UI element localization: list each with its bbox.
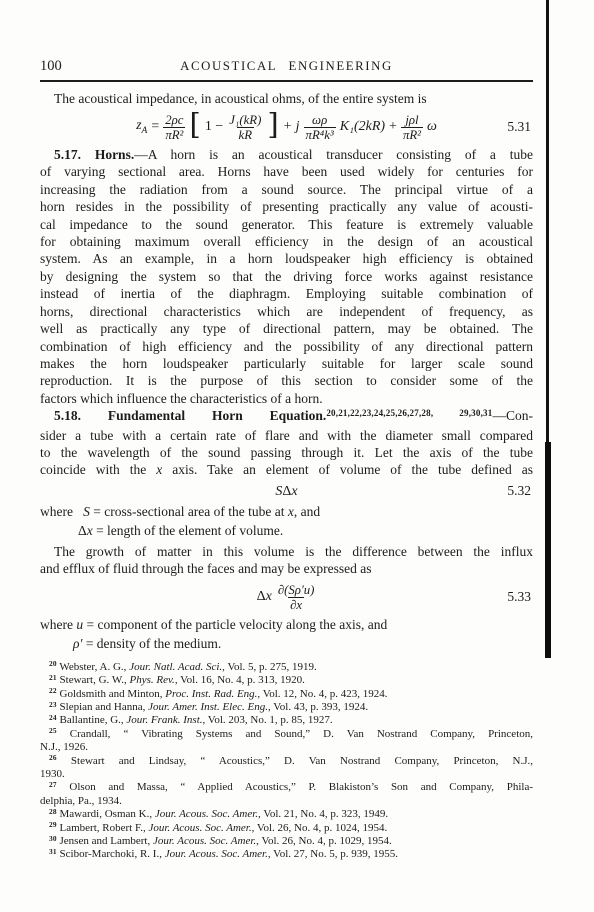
text-line: where u = component of the particle velo… [40, 615, 533, 634]
equation-5-32: SΔx 5.32 [40, 483, 533, 500]
equation-number: 5.31 [507, 119, 531, 135]
text-line: coincide with the x axis. Take an elemen… [40, 461, 533, 478]
equation-body: SΔx [275, 484, 297, 500]
right-bracket: ] [267, 112, 278, 142]
scan-binding-artifact [546, 0, 549, 442]
intro-line: The acoustical impedance, in acoustical … [40, 90, 533, 107]
text-line: ρ′ = density of the medium. [40, 634, 533, 653]
bessel-term: K₁(2kR) [340, 119, 385, 135]
text-line: well as practically any type of directio… [40, 320, 533, 337]
footnote-line: 28 Mawardi, Osman K., Jour. Acous. Soc. … [40, 808, 533, 821]
text-line: 5.17. Horns.—A horn is an acoustical tra… [40, 146, 533, 163]
page-number: 100 [40, 58, 62, 74]
fraction: jρlπR² [401, 113, 423, 142]
footnote-line: delphia, Pa., 1934. [40, 795, 533, 808]
equals-sign: = [151, 119, 159, 135]
running-head: 100 ACOUSTICAL ENGINEERING [40, 58, 533, 82]
footnotes: 20 Webster, A. G., Jour. Natl. Acad. Sci… [40, 661, 533, 862]
text-line: horn resides in the possibility of prese… [40, 198, 533, 215]
footnote-line: 26 Stewart and Lindsay, “ Acoustics,” D.… [40, 755, 533, 768]
text-line: The growth of matter in this volume is t… [40, 543, 533, 560]
left-bracket: [ [189, 112, 200, 142]
text-line: system. As an example, in a horn loudspe… [40, 250, 533, 267]
equation-5-33: Δx ∂(Sρ′u)∂x 5.33 [40, 583, 533, 612]
text-line: by designing the system so that the driv… [40, 268, 533, 285]
equation-number: 5.32 [507, 483, 531, 499]
footnote-line: 24 Ballantine, G., Jour. Frank. Inst., V… [40, 714, 533, 727]
fraction: J₁(kR)kR [227, 113, 263, 142]
footnote-line: 1930. [40, 768, 533, 781]
where-clause-1: where S = cross-sectional area of the tu… [40, 502, 533, 540]
text-line: factors which influence the characterist… [40, 390, 533, 407]
growth-paragraph: The growth of matter in this volume is t… [40, 543, 533, 578]
footnote-line: 23 Slepian and Hanna, Jour. Amer. Inst. … [40, 701, 533, 714]
text-line: for obtaining maximum overall efficiency… [40, 233, 533, 250]
where-clause-2: where u = component of the particle velo… [40, 615, 533, 653]
footnote-line: 30 Jensen and Lambert, Jour. Acous. Soc.… [40, 835, 533, 848]
scan-binding-artifact [545, 442, 551, 658]
text-line: reproduction. It is the purpose of this … [40, 372, 533, 389]
section-5-18: 5.18. Fundamental Horn Equation.20,21,22… [40, 407, 533, 479]
footnote-line: 27 Olson and Massa, “ Applied Acoustics,… [40, 781, 533, 794]
section-5-17: 5.17. Horns.—A horn is an acoustical tra… [40, 146, 533, 407]
scanned-book-page: 100 ACOUSTICAL ENGINEERING The acoustica… [0, 0, 594, 912]
text-line: cal impedance to the sound generator. Th… [40, 216, 533, 233]
text-line: to the wavelength of the sound passing t… [40, 444, 533, 461]
text-line: combination of high efficiency and the p… [40, 338, 533, 355]
text-line: horns, directional characteristics which… [40, 303, 533, 320]
text-line: 5.18. Fundamental Horn Equation.20,21,22… [40, 407, 533, 426]
text-line: Δx = length of the element of volume. [40, 521, 533, 540]
footnote-line: N.J., 1926. [40, 741, 533, 754]
text-line: of varying sectional area. Horns have be… [40, 163, 533, 180]
page-content: 100 ACOUSTICAL ENGINEERING The acoustica… [40, 0, 533, 862]
fraction: ωρπR⁴k³ [304, 113, 336, 142]
fraction: 2ρcπR² [163, 113, 185, 142]
footnote-line: 25 Crandall, “ Vibrating Systems and Sou… [40, 728, 533, 741]
equation-body: Δx ∂(Sρ′u)∂x [257, 583, 317, 612]
footnote-line: 22 Goldsmith and Minton, Proc. Inst. Rad… [40, 688, 533, 701]
equation-5-31: zA = 2ρcπR² [ 1 − J₁(kR)kR ] + j ωρπR⁴k³… [40, 112, 533, 142]
footnote-line: 31 Scibor-Marchoki, R. I., Jour. Acous. … [40, 848, 533, 861]
text-line: instead of inertia of the diaphragm. Emp… [40, 285, 533, 302]
footnote-line: 20 Webster, A. G., Jour. Natl. Acad. Sci… [40, 661, 533, 674]
text-line: sider a tube with a certain rate of flar… [40, 427, 533, 444]
text-line: and efflux of fluid through the faces an… [40, 560, 533, 577]
text-line: where S = cross-sectional area of the tu… [40, 502, 533, 521]
text-line: makes the horn loudspeaker particularly … [40, 355, 533, 372]
equation-number: 5.33 [507, 589, 531, 605]
text-line: increasing the radiation from a sound so… [40, 181, 533, 198]
footnote-line: 21 Stewart, G. W., Phys. Rev., Vol. 16, … [40, 674, 533, 687]
footnote-line: 29 Lambert, Robert F., Jour. Acous. Soc.… [40, 822, 533, 835]
equation-body: zA = 2ρcπR² [ 1 − J₁(kR)kR ] + j ωρπR⁴k³… [136, 112, 437, 142]
running-title: ACOUSTICAL ENGINEERING [180, 59, 393, 74]
fraction: ∂(Sρ′u)∂x [276, 583, 317, 612]
